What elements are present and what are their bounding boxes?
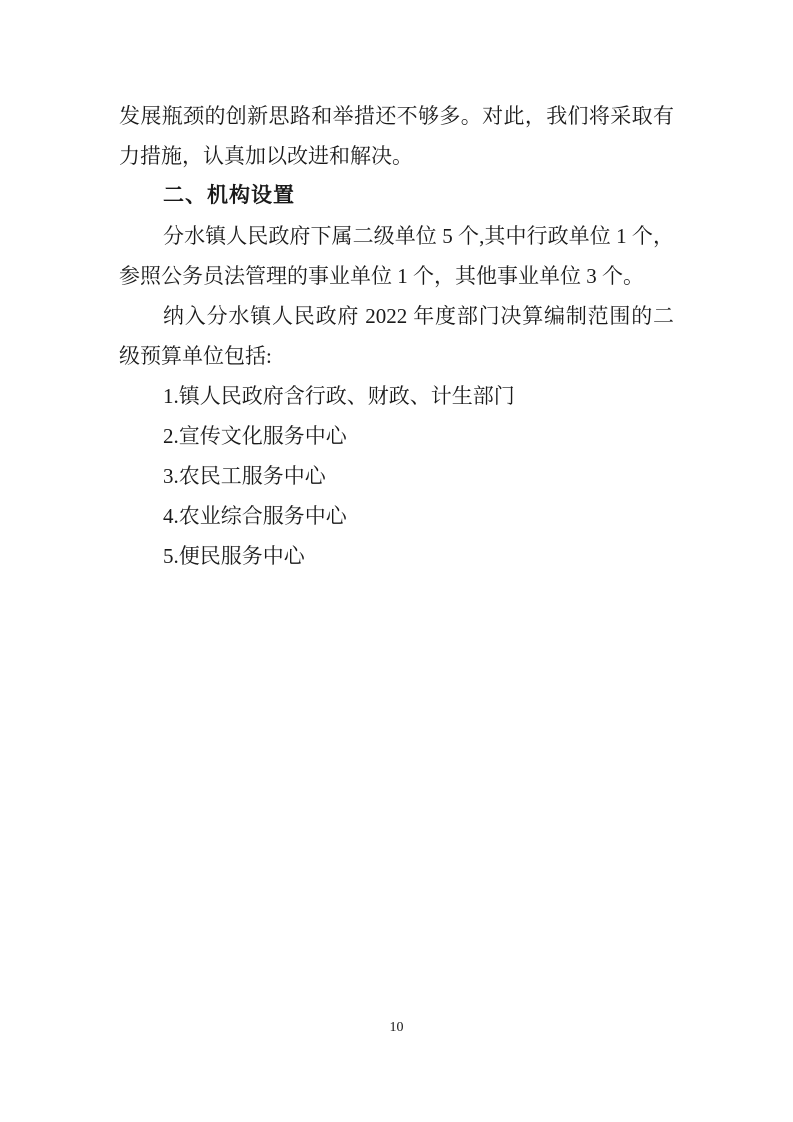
paragraph-line: 分水镇人民政府下属二级单位 5 个,其中行政单位 1 个，: [119, 216, 674, 256]
paragraph-line: 纳入分水镇人民政府 2022 年度部门决算编制范围的二: [119, 296, 674, 336]
paragraph-line: 参照公务员法管理的事业单位 1 个，其他事业单位 3 个。: [119, 256, 674, 296]
paragraph-line: 级预算单位包括:: [119, 336, 674, 376]
paragraph-line: 力措施，认真加以改进和解决。: [119, 136, 674, 176]
document-page: 发展瓶颈的创新思路和举措还不够多。对此，我们将采取有力措施，认真加以改进和解决。…: [0, 0, 793, 1122]
page-number: 10: [0, 1020, 793, 1036]
list-item: 3.农民工服务中心: [119, 456, 674, 496]
document-body: 发展瓶颈的创新思路和举措还不够多。对此，我们将采取有力措施，认真加以改进和解决。…: [119, 96, 674, 576]
list-item: 4.农业综合服务中心: [119, 496, 674, 536]
list-item: 5.便民服务中心: [119, 536, 674, 576]
list-item: 1.镇人民政府含行政、财政、计生部门: [119, 376, 674, 416]
paragraph-line: 发展瓶颈的创新思路和举措还不够多。对此，我们将采取有: [119, 96, 674, 136]
list-item: 2.宣传文化服务中心: [119, 416, 674, 456]
section-heading: 二、机构设置: [119, 176, 674, 216]
